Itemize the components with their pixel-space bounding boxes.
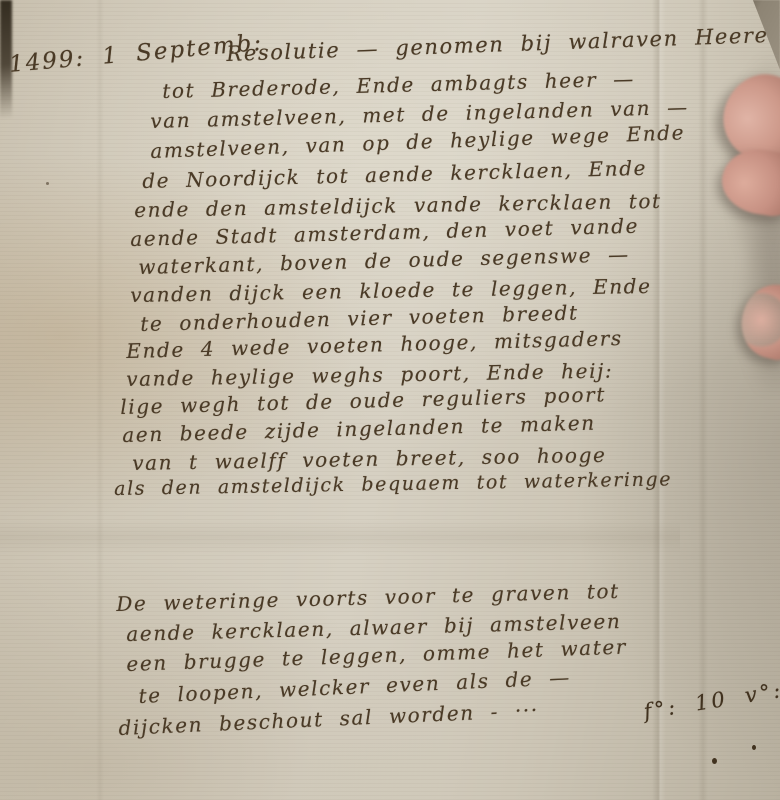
manuscript-photo: 1499: 1 Septemb: Resolutie — genomen bij… [0,0,780,800]
fold-crease [96,0,104,800]
ink-dot [752,745,756,750]
manuscript-line: de Noordijck tot aende kercklaen, Ende [142,156,647,193]
ink-dot [712,758,717,764]
fold-crease [0,520,680,554]
ink-speck [46,182,49,185]
folio-number: f°: 10 v°: b [642,673,780,724]
fold-crease [652,0,666,800]
